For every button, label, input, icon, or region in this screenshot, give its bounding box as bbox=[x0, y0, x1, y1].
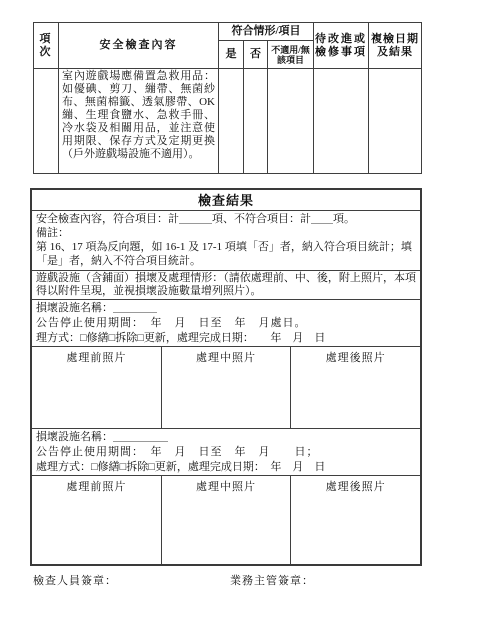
header-na: 不適用/無該項目 bbox=[268, 41, 314, 69]
handling-method-line[interactable]: 處理方式：□修繕□拆除□更新，處理完成日期： 年 月 日 bbox=[36, 460, 416, 475]
header-recheck: 複檢日期及結果 bbox=[369, 23, 422, 69]
header-yes: 是 bbox=[219, 41, 244, 69]
photo-during-label: 處理中照片 bbox=[196, 352, 256, 364]
row18-recheck-cell[interactable] bbox=[369, 69, 422, 174]
photo-during-box[interactable]: 處理中照片 bbox=[161, 347, 291, 428]
checklist-table: 項次 安全檢查內容 符合情形/項目 待改進或檢修事項 複檢日期及結果 是 否 不… bbox=[33, 22, 422, 174]
result-section-title: 檢查結果 bbox=[32, 190, 420, 211]
damage-block-1-info: 損壞設施名稱：＿＿＿＿ 公告停止使用期間： 年 月 日至 年 月處日。 理方式：… bbox=[32, 299, 420, 346]
photo-before-box[interactable]: 處理前照片 bbox=[32, 476, 161, 564]
photo-during-box[interactable]: 處理中照片 bbox=[161, 476, 291, 564]
inspector-signature-label[interactable]: 檢查人員簽章： bbox=[33, 572, 117, 588]
handling-method-line[interactable]: 理方式：□修繕□拆除□更新，處理完成日期： 年 月 日 bbox=[36, 331, 416, 346]
photo-row-2: 處理前照片 處理中照片 處理後照片 bbox=[32, 475, 420, 564]
note-line: 第 16、17 項為反向題，如 16-1 及 17-1 項填「否」者，納入符合項… bbox=[36, 240, 416, 268]
table-row: 室內遊戲場應備置急救用品：如優碘、剪刀、繃帶、無菌紗布、無菌棉籤、透氣膠帶、OK… bbox=[34, 69, 422, 174]
damage-block-2-info: 損壞設施名稱：＿＿＿＿＿ 公告停止使用期間： 年 月 日至 年 月 日； 處理方… bbox=[32, 428, 420, 475]
suspension-period-line[interactable]: 公告停止使用期間： 年 月 日至 年 月 日； bbox=[36, 445, 416, 460]
photo-row-1: 處理前照片 處理中照片 處理後照片 bbox=[32, 346, 420, 428]
row18-content: 室內遊戲場應備置急救用品：如優碘、剪刀、繃帶、無菌紗布、無菌棉籤、透氣膠帶、OK… bbox=[59, 69, 219, 174]
row18-item-no bbox=[34, 69, 59, 174]
result-section: 檢查結果 安全檢查內容，符合項目：計＿＿＿項、不符合項目：計＿＿項。 備註： 第… bbox=[30, 188, 422, 566]
suspension-period-line[interactable]: 公告停止使用期間： 年 月 日至 年 月處日。 bbox=[36, 316, 416, 331]
photo-before-label: 處理前照片 bbox=[66, 481, 126, 493]
photo-after-label: 處理後照片 bbox=[326, 481, 386, 493]
supervisor-signature-label[interactable]: 業務主管簽章： bbox=[230, 572, 314, 588]
photo-during-label: 處理中照片 bbox=[196, 481, 256, 493]
header-improvement: 待改進或檢修事項 bbox=[314, 23, 369, 69]
result-summary-cell: 安全檢查內容，符合項目：計＿＿＿項、不符合項目：計＿＿項。 備註： 第 16、1… bbox=[32, 211, 420, 270]
damage-intro-cell: 遊戲設施（含鋪面）損壞及處理情形：（請依處理前、中、後，附上照片，本項得以附件呈… bbox=[32, 270, 420, 299]
photo-after-label: 處理後照片 bbox=[326, 352, 386, 364]
note-label: 備註： bbox=[36, 226, 416, 240]
header-no: 否 bbox=[244, 41, 268, 69]
header-content: 安全檢查內容 bbox=[59, 23, 219, 69]
row18-improvement-cell[interactable] bbox=[314, 69, 369, 174]
header-compliance-group: 符合情形/項目 bbox=[219, 23, 314, 41]
damage-name-line[interactable]: 損壞設施名稱：＿＿＿＿ bbox=[36, 301, 416, 316]
photo-after-box[interactable]: 處理後照片 bbox=[290, 476, 420, 564]
photo-before-box[interactable]: 處理前照片 bbox=[32, 347, 161, 428]
photo-after-box[interactable]: 處理後照片 bbox=[290, 347, 420, 428]
header-item-no: 項次 bbox=[34, 23, 59, 69]
photo-before-label: 處理前照片 bbox=[66, 352, 126, 364]
summary-line: 安全檢查內容，符合項目：計＿＿＿項、不符合項目：計＿＿項。 bbox=[36, 212, 416, 226]
row18-na-cell[interactable] bbox=[268, 69, 314, 174]
row18-yes-cell[interactable] bbox=[219, 69, 244, 174]
damage-name-line[interactable]: 損壞設施名稱：＿＿＿＿＿ bbox=[36, 430, 416, 445]
row18-no-cell[interactable] bbox=[244, 69, 268, 174]
